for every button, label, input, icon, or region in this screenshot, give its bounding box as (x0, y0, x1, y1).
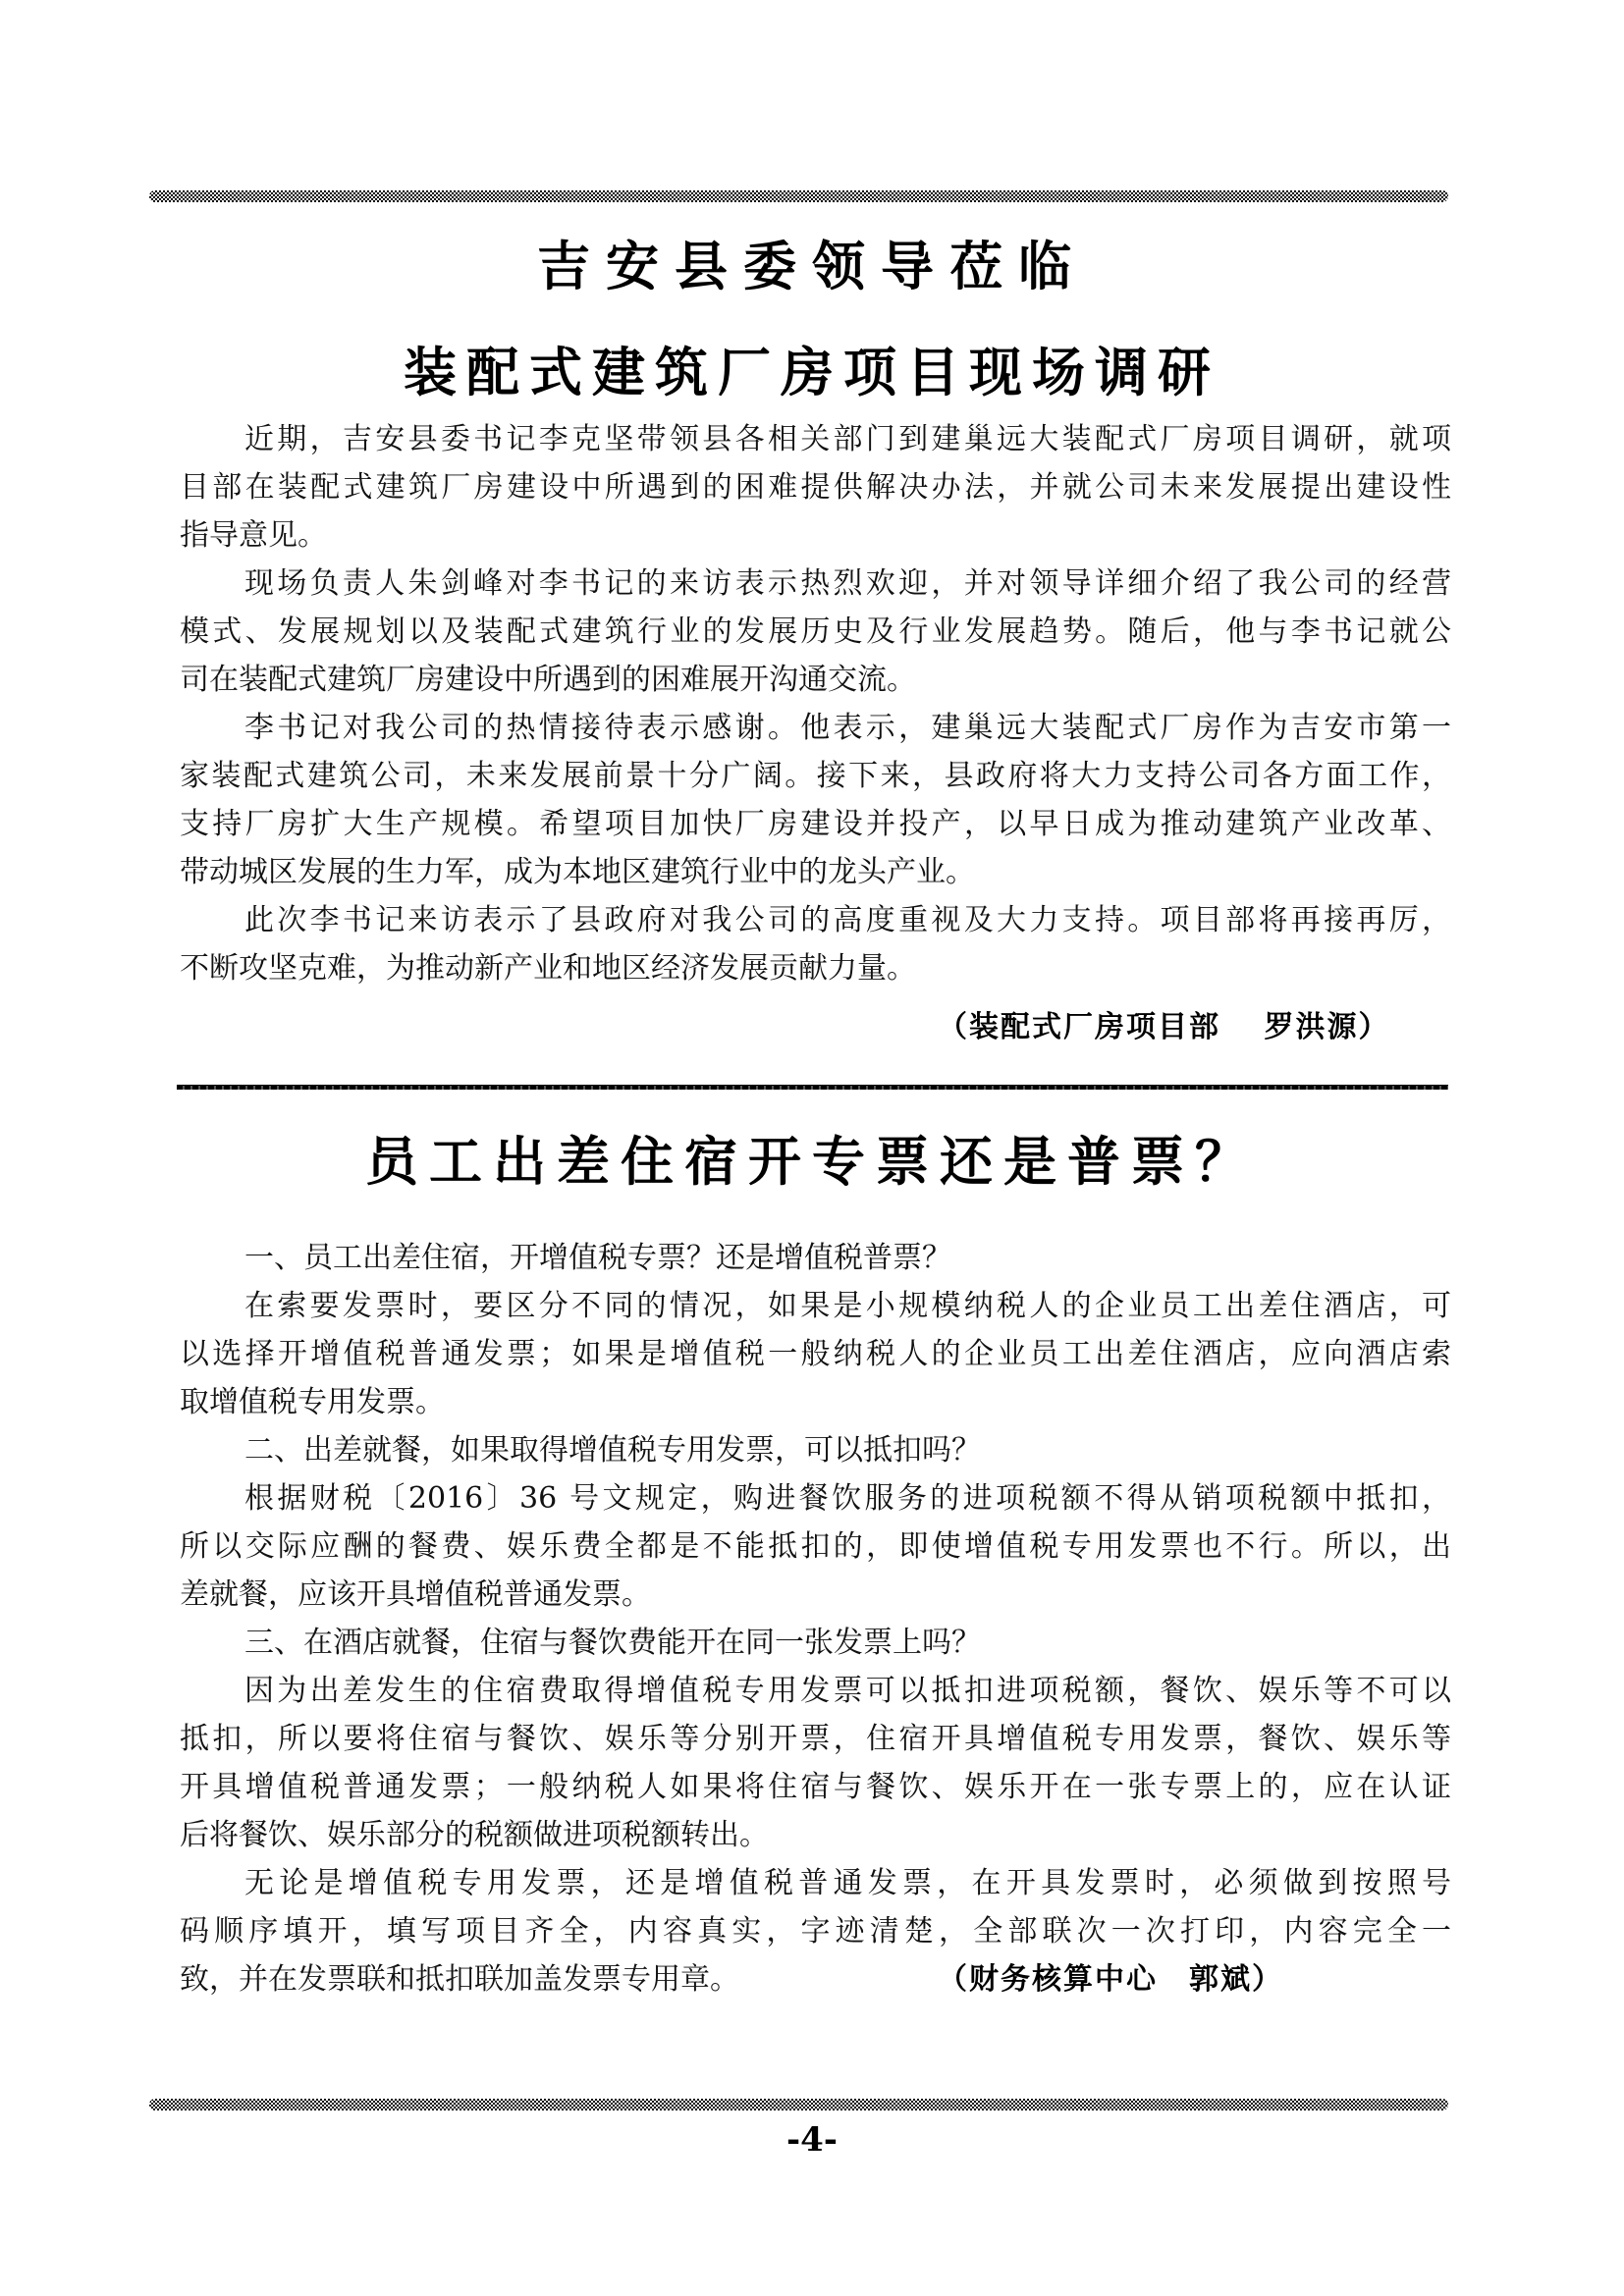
article1-paragraph1-line2: 目部在装配式建筑厂房建设中所遇到的困难提供解决办法，并就公司未来发展提出建设性 (180, 468, 1451, 507)
article1-paragraph3-line3: 支持厂房扩大生产规模。希望项目加快厂房建设并投产，以早日成为推动建筑产业改革、 (180, 805, 1451, 844)
article1-paragraph1-line1: 近期，吉安县委书记李克坚带领县各相关部门到建巢远大装配式厂房项目调研，就项 (244, 420, 1451, 459)
article2-answer1-line3: 取增值税专用发票。 (180, 1383, 1451, 1422)
article2-question1: 一、员工出差住宿，开增值税专票？还是增值税普票？ (244, 1239, 1451, 1278)
article2-answer3-line1: 因为出差发生的住宿费取得增值税专用发票可以抵扣进项税额，餐饮、娱乐等不可以 (244, 1672, 1451, 1711)
article1-paragraph1-line3: 指导意见。 (180, 516, 1451, 556)
page-number: -4- (0, 2120, 1624, 2160)
article2-signature: （财务核算中心 郭斌） (938, 1960, 1283, 2000)
article1-paragraph3-line1: 李书记对我公司的热情接待表示感谢。他表示，建巢远大装配式厂房作为吉安市第一 (244, 709, 1451, 748)
article1-paragraph2-line3: 司在装配式建筑厂房建设中所遇到的困难展开沟通交流。 (180, 661, 1451, 700)
article2-closing-line1: 无论是增值税专用发票，还是增值税普通发票，在开具发票时，必须做到按照号 (244, 1864, 1451, 1903)
article2-question2: 二、出差就餐，如果取得增值税专用发票，可以抵扣吗？ (244, 1431, 1451, 1470)
article2-answer3-line3: 开具增值税普通发票；一般纳税人如果将住宿与餐饮、娱乐开在一张专票上的，应在认证 (180, 1768, 1451, 1807)
article2-title: 员工出差住宿开专票还是普票？ (0, 1131, 1624, 1194)
bottom-divider (149, 2099, 1448, 2110)
article1-title-line1: 吉安县委领导莅临 (0, 236, 1624, 298)
section-divider (177, 1085, 1448, 1090)
article2-answer1-line2: 以选择开增值税普通发票；如果是增值税一般纳税人的企业员工出差住酒店，应向酒店索 (180, 1335, 1451, 1374)
article2-answer2-line1: 根据财税〔2016〕36 号文规定，购进餐饮服务的进项税额不得从销项税额中抵扣， (244, 1479, 1451, 1519)
article2-answer2-line3: 差就餐，应该开具增值税普通发票。 (180, 1575, 1451, 1615)
article2-answer2-line2: 所以交际应酬的餐费、娱乐费全都是不能抵扣的，即使增值税专用发票也不行。所以，出 (180, 1527, 1451, 1567)
top-divider (149, 190, 1448, 202)
article1-paragraph4-line2: 不断攻坚克难，为推动新产业和地区经济发展贡献力量。 (180, 949, 1451, 988)
article1-title-line2: 装配式建筑厂房项目现场调研 (0, 342, 1624, 404)
article1-paragraph2-line2: 模式、发展规划以及装配式建筑行业的发展历史及行业发展趋势。随后，他与李书记就公 (180, 613, 1451, 652)
article2-answer3-line4: 后将餐饮、娱乐部分的税额做进项税额转出。 (180, 1816, 1451, 1855)
article1-paragraph3-line4: 带动城区发展的生力军，成为本地区建筑行业中的龙头产业。 (180, 853, 1451, 892)
article2-answer1-line1: 在索要发票时，要区分不同的情况，如果是小规模纳税人的企业员工出差住酒店，可 (244, 1287, 1451, 1326)
article1-paragraph3-line2: 家装配式建筑公司，未来发展前景十分广阔。接下来，县政府将大力支持公司各方面工作， (180, 757, 1451, 796)
article1-signature: （装配式厂房项目部 罗洪源） (938, 1008, 1389, 1047)
article2-closing-line2: 码顺序填开，填写项目齐全，内容真实，字迹清楚，全部联次一次打印，内容完全一 (180, 1912, 1451, 1951)
article1-paragraph4-line1: 此次李书记来访表示了县政府对我公司的高度重视及大力支持。项目部将再接再厉， (244, 901, 1451, 940)
article2-closing-line3: 致，并在发票联和抵扣联加盖发票专用章。 (180, 1960, 926, 2000)
article1-paragraph2-line1: 现场负责人朱剑峰对李书记的来访表示热烈欢迎，并对领导详细介绍了我公司的经营 (244, 564, 1451, 604)
article2-answer3-line2: 抵扣，所以要将住宿与餐饮、娱乐等分别开票，住宿开具增值税专用发票，餐饮、娱乐等 (180, 1720, 1451, 1759)
article2-question3: 三、在酒店就餐，住宿与餐饮费能开在同一张发票上吗？ (244, 1624, 1451, 1663)
